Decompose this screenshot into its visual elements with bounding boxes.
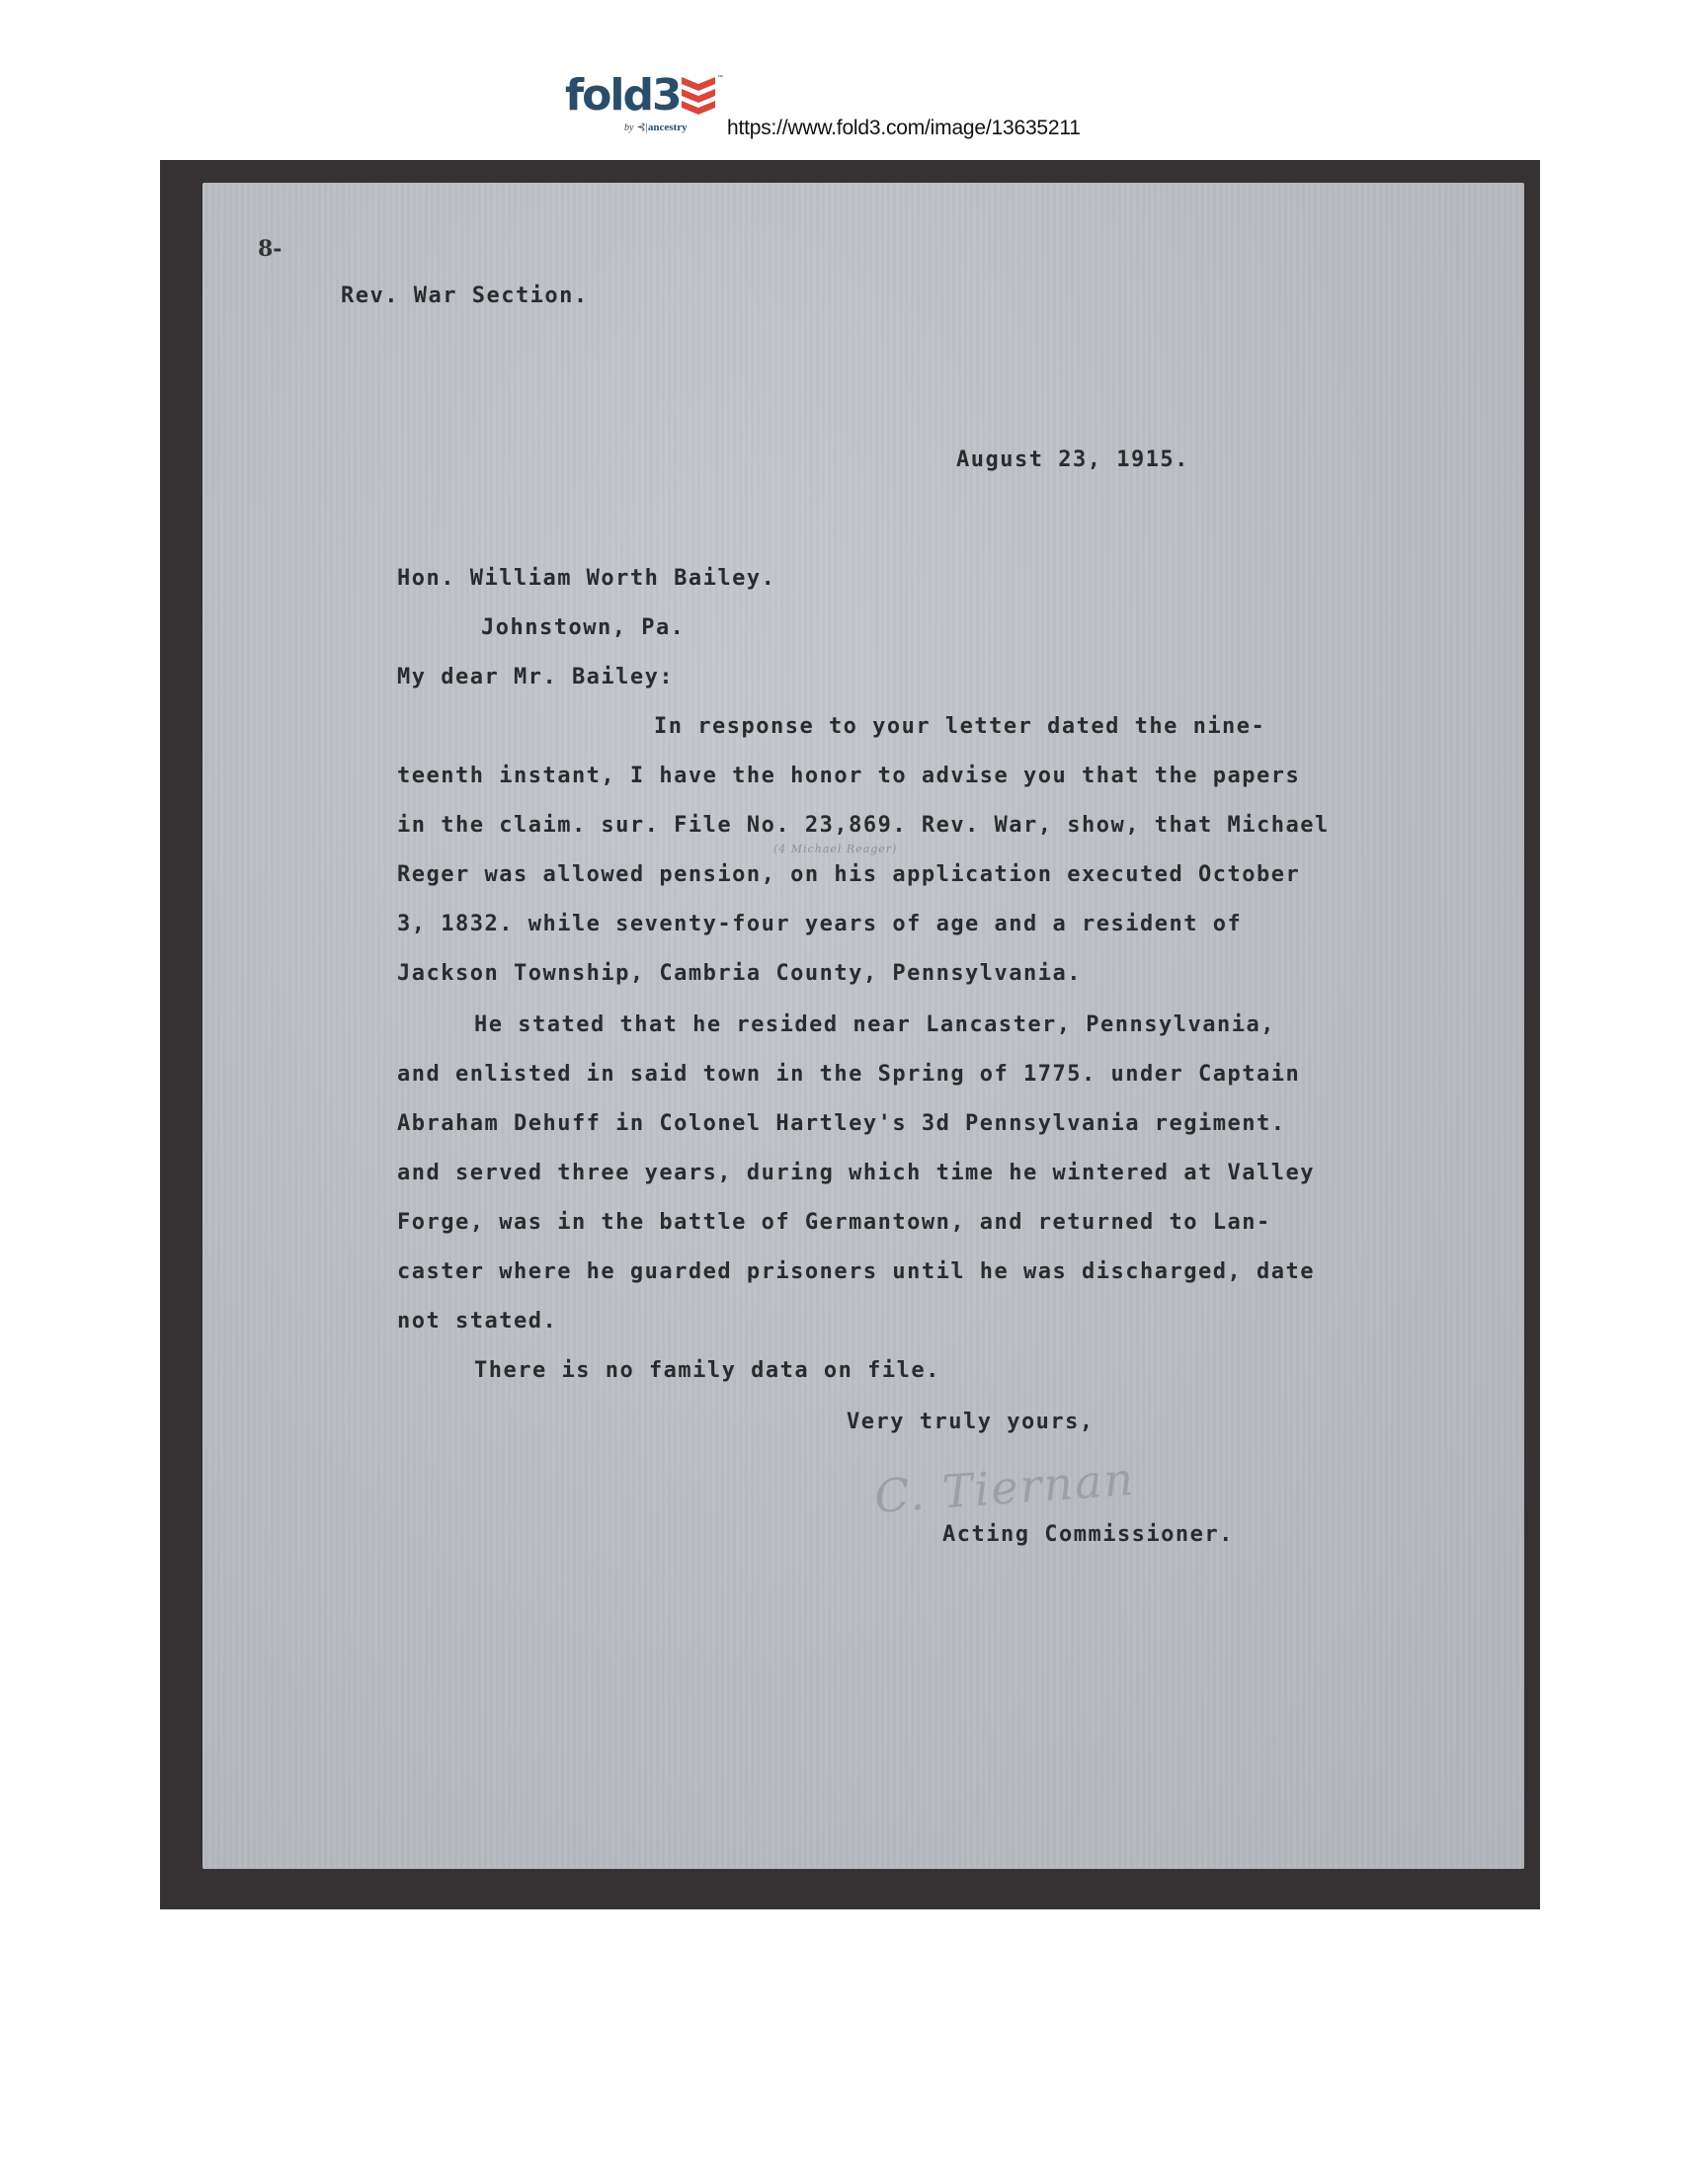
- section-heading: Rev. War Section.: [341, 283, 589, 308]
- body-line: teenth instant, I have the honor to advi…: [397, 764, 1300, 788]
- image-url[interactable]: https://www.fold3.com/image/13635211: [727, 117, 1081, 140]
- body-line: Forge, was in the battle of Germantown, …: [397, 1210, 1271, 1235]
- handwritten-signature: C. Tiernan: [872, 1452, 1136, 1523]
- body-line: There is no family data on file.: [474, 1358, 940, 1383]
- chevron-stack-icon: [682, 77, 715, 117]
- body-line: and served three years, during which tim…: [397, 1161, 1315, 1185]
- letter-date: August 23, 1915.: [956, 447, 1189, 472]
- body-line: 3, 1832. while seventy-four years of age…: [397, 912, 1242, 936]
- by-ancestry-tagline: by⊰|ancestry: [624, 121, 688, 133]
- body-line: not stated.: [397, 1309, 557, 1334]
- letter-page: 8- Rev. War Section. August 23, 1915. Ho…: [203, 183, 1524, 1869]
- by-label: by: [624, 122, 633, 133]
- salutation: My dear Mr. Bailey:: [397, 665, 674, 689]
- addressee-name: Hon. William Worth Bailey.: [397, 566, 775, 591]
- trademark-mark: ™: [717, 75, 723, 81]
- ancestry-label: ancestry: [648, 121, 688, 133]
- body-line: in the claim. sur. File No. 23,869. Rev.…: [397, 813, 1330, 838]
- handwritten-annotation: (4 Michael Reager): [773, 843, 897, 855]
- addressee-city: Johnstown, Pa.: [481, 615, 685, 640]
- signer-title: Acting Commissioner.: [942, 1522, 1234, 1547]
- page-mark: 8-: [258, 236, 282, 262]
- body-line: Reger was allowed pension, on his applic…: [397, 862, 1300, 887]
- body-line: Jackson Township, Cambria County, Pennsy…: [397, 961, 1082, 986]
- fold3-logo[interactable]: fold3 ™ by⊰|ancestry: [565, 73, 733, 138]
- body-line: caster where he guarded prisoners until …: [397, 1259, 1315, 1284]
- body-line: and enlisted in said town in the Spring …: [397, 1062, 1300, 1087]
- body-line: Abraham Dehuff in Colonel Hartley's 3d P…: [397, 1111, 1285, 1136]
- fold3-header: fold3 ™ by⊰|ancestry https://www.fold3.c…: [565, 73, 1257, 142]
- ancestry-leaf-icon: ⊰|: [636, 121, 647, 133]
- closing: Very truly yours,: [847, 1410, 1095, 1434]
- body-line: In response to your letter dated the nin…: [654, 714, 1265, 739]
- logo-wordmark: fold3: [565, 73, 681, 119]
- body-line: He stated that he resided near Lancaster…: [474, 1012, 1275, 1037]
- scanned-document-frame: 8- Rev. War Section. August 23, 1915. Ho…: [160, 160, 1540, 1909]
